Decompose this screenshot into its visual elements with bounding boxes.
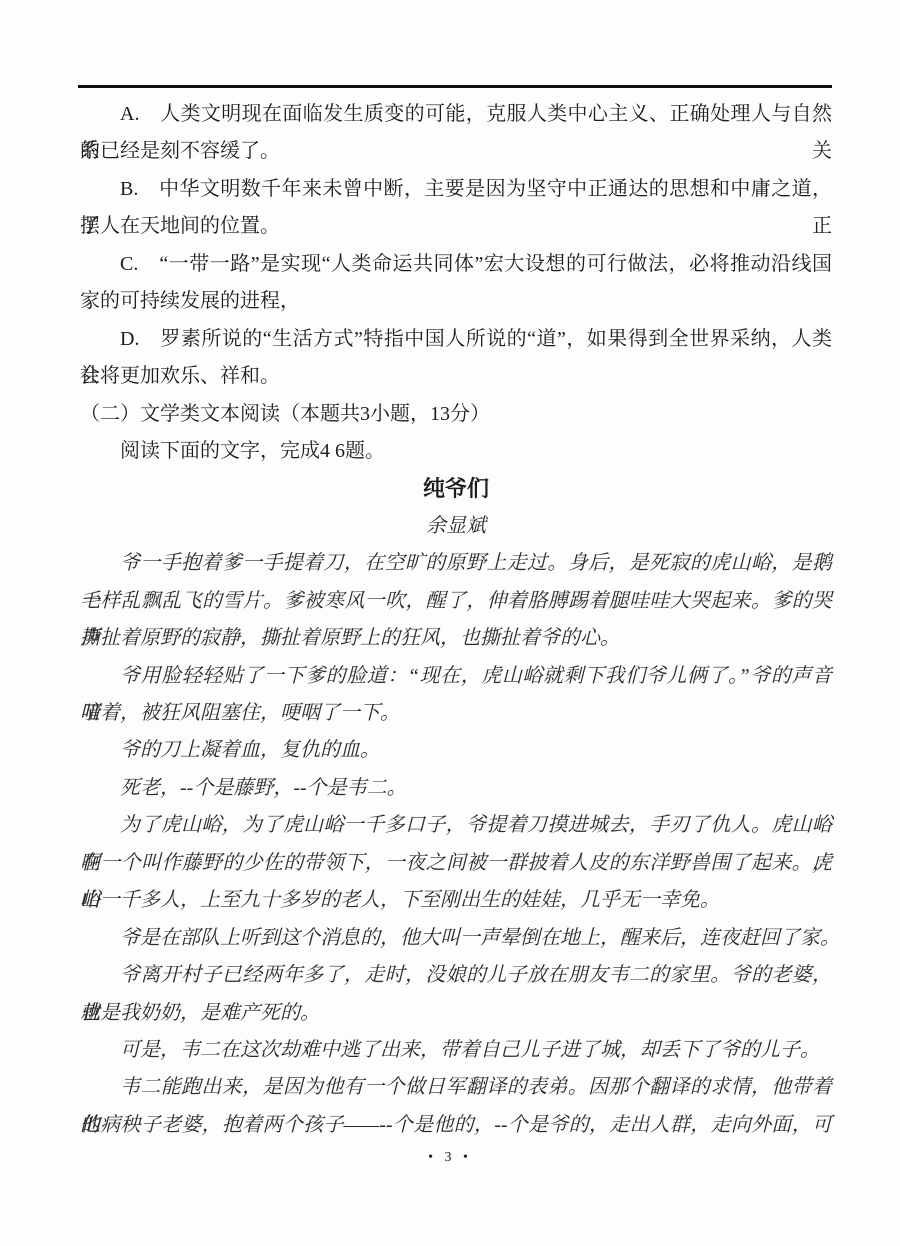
story-author: 余显斌 (80, 508, 832, 545)
option-c-line-1: C. “一带一路”是实现“人类命运共同体”宏大设想的可行做法，必将推动沿线国 (80, 246, 832, 283)
story-p2-line-1: 爷用脸轻轻贴了一下爹的脸道：“现在，虎山峪就剩下我们爷儿俩了。”爷的声音喑 (80, 658, 832, 695)
story-p1-line-1: 爷一手抱着爹一手提着刀，在空旷的原野上走过。身后，是死寂的虎山峪，是鹅毛 (80, 545, 832, 582)
reading-instruction: 阅读下面的文字，完成4 6题。 (80, 433, 832, 470)
document-lines: A. 人类文明现在面临发生质变的可能，克服人类中心主义、正确处理人与自然的关系已… (80, 96, 832, 1144)
story-p5-line-1: 为了虎山峪，为了虎山峪一千多口子，爷提着刀摸进城去，手刃了仇人。虎山峪啊， (80, 807, 832, 844)
story-p1-line-2: 一样乱飘乱飞的雪片。爹被寒风一吹，醒了，伸着胳膊踢着腿哇哇大哭起来。爹的哭声 (80, 583, 832, 620)
story-p1-line-3: 撕扯着原野的寂静，撕扯着原野上的狂风，也撕扯着爷的心。 (80, 620, 832, 657)
story-p9-line-1: 韦二能跑出来，是因为他有一个做日军翻译的表弟。因那个翻译的求情，他带着他 (80, 1069, 832, 1106)
option-c-line-2: 家的可持续发展的进程， (80, 283, 832, 320)
story-p5-line-2: 在一个叫作藤野的少佐的带领下，一夜之间被一群披着人皮的东洋野兽围了起来。虎山 (80, 845, 832, 882)
story-p8-line-1: 可是，韦二在这次劫难中逃了出来，带着自己儿子进了城，却丢下了爷的儿子。 (80, 1032, 832, 1069)
story-p4-line-1: 死老，--个是藤野，--个是韦二。 (80, 770, 832, 807)
page-number: • 3 • (0, 1150, 900, 1166)
option-d-line-1: D. 罗素所说的“生活方式”特指中国人所说的“道”，如果得到全世界采纳，人类社 (80, 321, 832, 358)
story-title: 纯爷们 (80, 470, 832, 507)
page-header-rule (78, 85, 832, 88)
option-a-line-1: A. 人类文明现在面临发生质变的可能，克服人类中心主义、正确处理人与自然的关 (80, 96, 832, 133)
option-b-line-1: B. 中华文明数千年来未曾中断，主要是因为坚守中正通达的思想和中庸之道，摆正 (80, 171, 832, 208)
section-heading: （二）文学类文本阅读（本题共3小题，13分） (80, 396, 832, 433)
story-p3-line-1: 爷的刀上凝着血，复仇的血。 (80, 732, 832, 769)
story-p7-line-1: 爷离开村子已经两年多了，走时，没娘的儿子放在朋友韦二的家里。爷的老婆，也 (80, 957, 832, 994)
story-p5-line-3: 峪一千多人，上至九十多岁的老人，下至刚出生的娃娃，几乎无一幸免。 (80, 882, 832, 919)
exam-paper-page: A. 人类文明现在面临发生质变的可能，克服人类中心主义、正确处理人与自然的关系已… (0, 0, 900, 1246)
story-p2-line-2: 哑着，被狂风阻塞住，哽咽了一下。 (80, 695, 832, 732)
story-p6-line-1: 爷是在部队上听到这个消息的，他大叫一声晕倒在地上，醒来后，连夜赶回了家。 (80, 920, 832, 957)
story-p9-line-2: 的病秧子老婆，抱着两个孩子——--个是他的，--个是爷的，走出人群，走向外面，可 (80, 1107, 832, 1144)
option-d-line-2: 会将更加欢乐、祥和。 (80, 358, 832, 395)
story-p7-line-2: 就是我奶奶，是难产死的。 (80, 995, 832, 1032)
